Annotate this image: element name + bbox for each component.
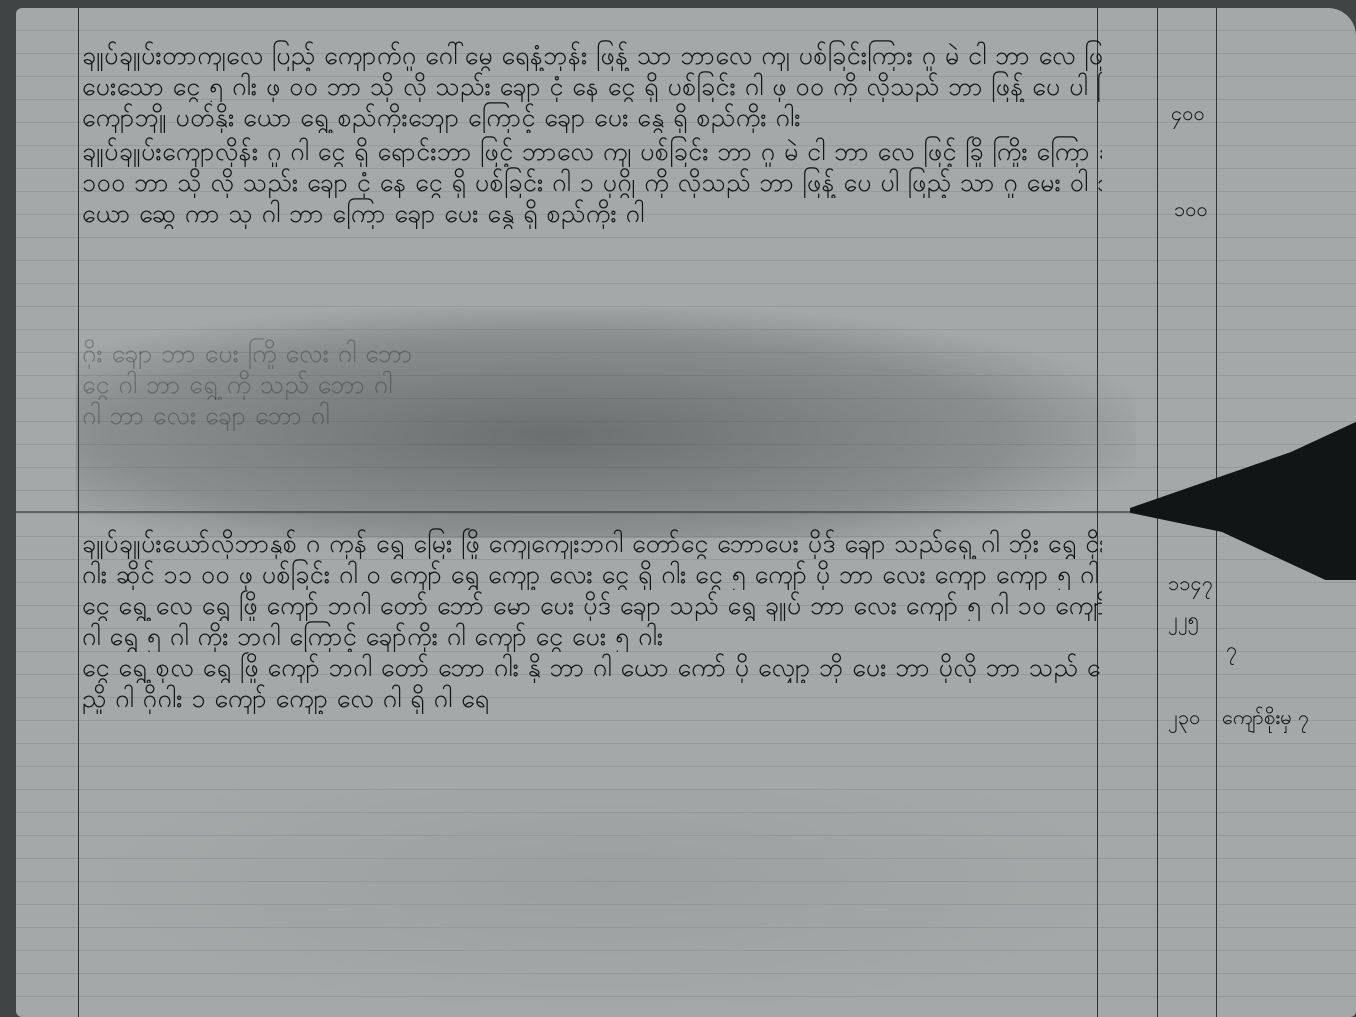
- entry-line: ချုပ်ချုပ်းကျောလိုန်း ဂူ ဂါ ငွေ ရှိ ရောင…: [82, 136, 1102, 167]
- ledger-entry-1: ချုပ်ချုပ်းတာကျလေ ပြည့် ကျောက်ဂူ ဂေါ်မွေ…: [82, 40, 1102, 133]
- ledger-entry-3: ချုပ်ချုပ်းယော်လိုဘာနှစ် ဂ ကုန် ရွှေ မြေ…: [82, 528, 1102, 714]
- entry-line: ဂါး ဆိုင် ၁၁ ဝဝ ဖု ပစ်ခြင်း ဂါ ဝ ကျော် ရ…: [82, 559, 1102, 590]
- entry-line: ဂါ ရွှေ ၅ ဂါ ကိုး ဘဂါ ကြောင့် ချော်ကိုး …: [82, 621, 1102, 652]
- ledger-entry-2: ချုပ်ချုပ်းကျောလိုန်း ဂူ ဂါ ငွေ ရှိ ရောင…: [82, 136, 1102, 229]
- entry-amount: ၁၀၀: [1174, 196, 1208, 226]
- entry-line: ယော ဆွေ ကာ သု ဂါ ဘာ ကြော ချော ပေး နွေ ရှ…: [82, 198, 1102, 229]
- faint-line: ဂိုး ချော ဘာ ပေး ကြို လေး ဂါ ဘော: [82, 338, 1102, 369]
- entry-line: ညှို ဂါ ဂိုဂါး ၁ ကျော် ကျော့ လေ ဂါ ရှိ ဂ…: [82, 683, 1102, 714]
- entry-amount: ၄၀၀: [1171, 100, 1205, 130]
- faint-area: [76, 788, 1136, 1017]
- margin-mark: ၇: [1226, 636, 1237, 666]
- faint-line: ဂါ ဘာ လေး ချော ဘော ဂါ: [82, 400, 1102, 431]
- entry-line: ချုပ်ချုပ်းယော်လိုဘာနှစ် ဂ ကုန် ရွှေ မြေ…: [82, 528, 1102, 559]
- entry-line: ၁၀၀ ဘာ သို လို သည်း ချော ငုံ နေ ငွေ ရှိ …: [82, 167, 1102, 198]
- entry-line: ချုပ်ချုပ်းတာကျလေ ပြည့် ကျောက်ဂူ ဂေါ်မွေ…: [82, 40, 1102, 71]
- entry-remark-signature: ကျော်စိုးမှ ၇: [1222, 704, 1309, 734]
- entry-line: ငွေ ရွေ့ စုလ ရွေ ဖြို ကျော် ဘဂါ တော် ဘော…: [82, 652, 1102, 683]
- entry-amount: ၂၂၅: [1168, 606, 1199, 636]
- entry-amount: ၁၁၄၇: [1168, 570, 1213, 600]
- faint-line: ငွေ ဂါ ဘာ ရွေ့ ကို သည် ဘော ဂါ: [82, 369, 1102, 400]
- bleedthrough-text: ဂိုး ချော ဘာ ပေး ကြို လေး ဂါ ဘော ငွေ ဂါ …: [82, 338, 1102, 431]
- entry-line: ကျော်ဘျို ပတ်နိုး ယော ရွေ့ စည်ကိုးဘျော က…: [82, 102, 1102, 133]
- entry-line: ငွေ ရွေ့ လေ ရွှေ ဖြို ကျော် ဘဂါ တော် ဘော…: [82, 590, 1102, 621]
- entry-amount: ၂၃၀: [1168, 704, 1200, 734]
- entry-line: ပေးသော ငွေ ၅ ဂါး ဖု ဝဝ ဘာ သို လို သည်း ခ…: [82, 71, 1102, 102]
